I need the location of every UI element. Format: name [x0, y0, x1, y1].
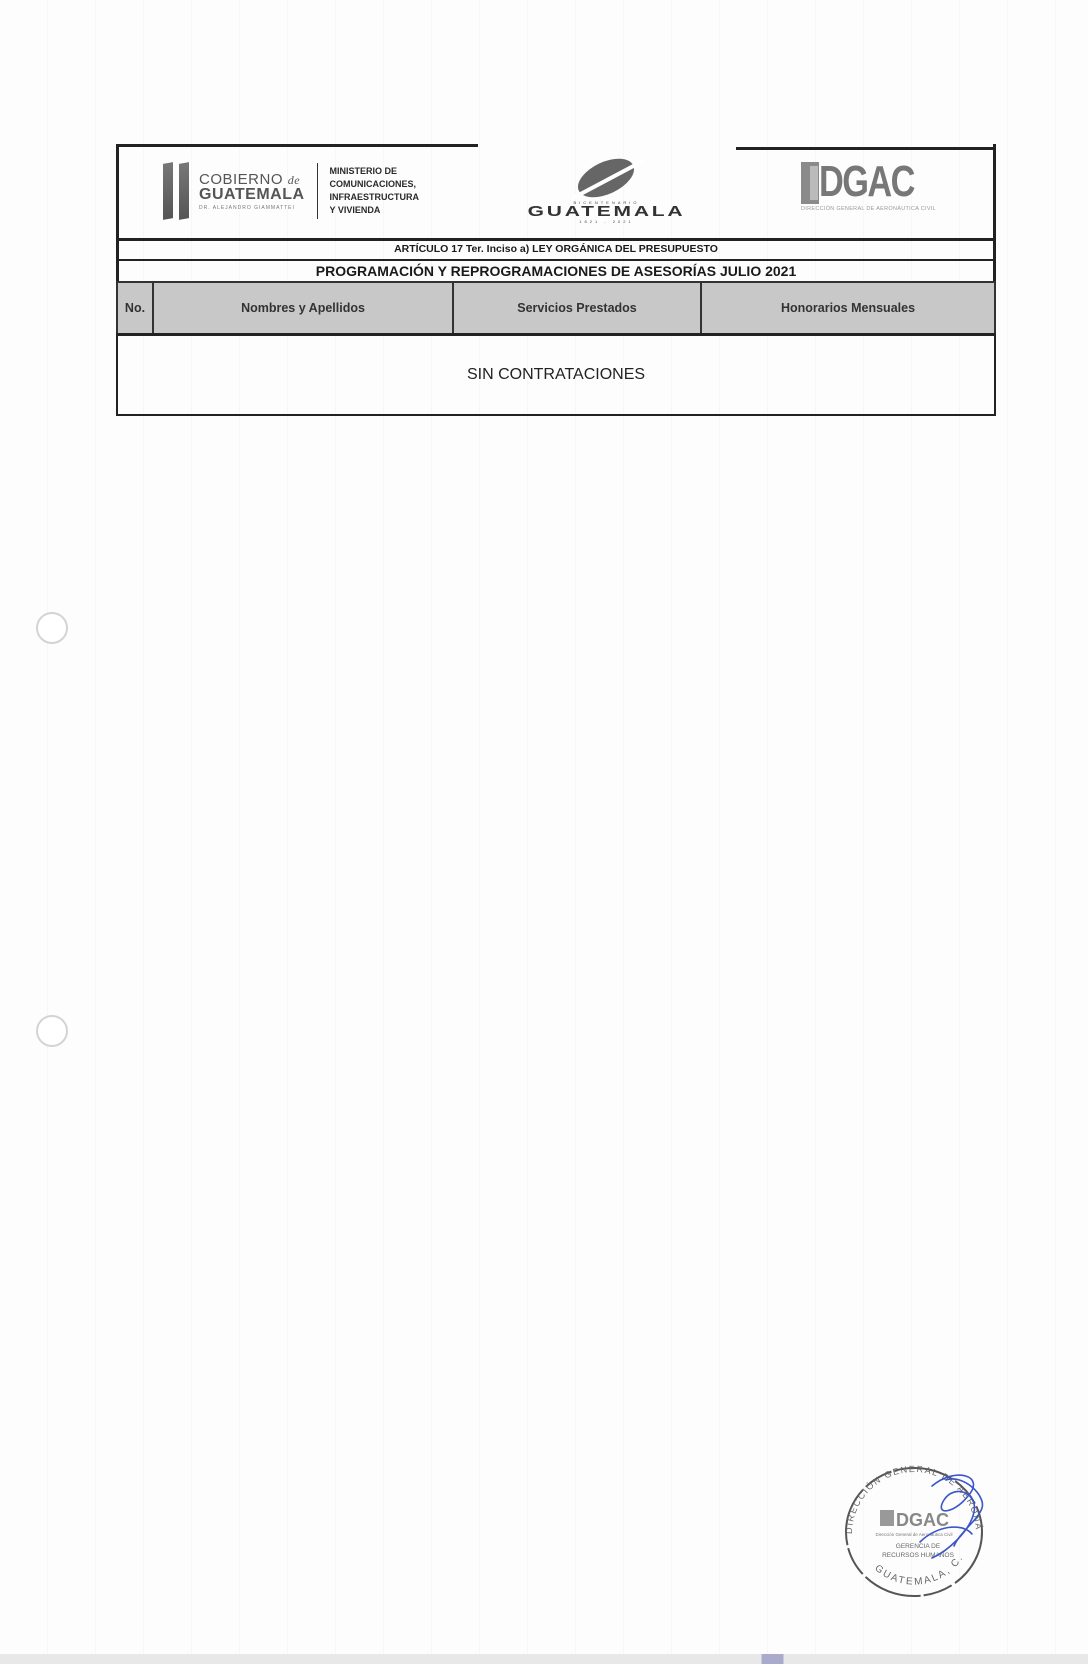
column-header-no: No.	[117, 282, 153, 335]
seal-stamp-icon: DIRECCIÓN GENERAL DE AERONÁUTICA CIVIL G…	[836, 1456, 992, 1602]
gobierno-president: DR. ALEJANDRO GIAMMATTEI	[199, 206, 305, 211]
empty-state-message: SIN CONTRATACIONES	[117, 335, 995, 416]
letterhead: COBIERNO de GUATEMALA DR. ALEJANDRO GIAM…	[116, 144, 996, 238]
gobierno-bars-icon	[163, 163, 189, 219]
punch-hole	[36, 612, 68, 644]
document: COBIERNO de GUATEMALA DR. ALEJANDRO GIAM…	[116, 144, 996, 416]
article-reference: ARTÍCULO 17 Ter. Inciso a) LEY ORGÁNICA …	[116, 238, 996, 261]
gobierno-connector: de	[288, 173, 300, 187]
bicentenario-logo: BICENTENARIO GUATEMALA 1821 - 2021	[514, 156, 699, 228]
svg-text:GERENCIA DE: GERENCIA DE	[896, 1543, 941, 1550]
svg-text:DGAC: DGAC	[896, 1510, 949, 1530]
table-row: SIN CONTRATACIONES	[117, 335, 995, 416]
gobierno-logo: COBIERNO de GUATEMALA DR. ALEJANDRO GIAM…	[163, 158, 419, 224]
official-seal: DIRECCIÓN GENERAL DE AERONÁUTICA CIVIL G…	[836, 1456, 992, 1602]
column-header-nombres: Nombres y Apellidos	[153, 282, 453, 335]
dgac-logo: DGAC DIRECCIÓN GENERAL DE AERONÁUTICA CI…	[801, 160, 941, 222]
scan-edge	[0, 1654, 1088, 1664]
control-tower-icon	[801, 162, 819, 204]
gobierno-line2: GUATEMALA	[199, 187, 305, 203]
column-header-servicios: Servicios Prestados	[453, 282, 701, 335]
column-header-honorarios: Honorarios Mensuales	[701, 282, 995, 335]
page-title: PROGRAMACIÓN Y REPROGRAMACIONES DE ASESO…	[116, 261, 996, 281]
svg-text:Dirección General de Aeronáuti: Dirección General de Aeronáutica Civil	[875, 1532, 952, 1537]
bicentenario-swoosh-icon	[562, 156, 652, 200]
svg-text:RECURSOS HUMANOS: RECURSOS HUMANOS	[882, 1552, 955, 1559]
ministerio-name: MINISTERIO DE COMUNICACIONES, INFRAESTRU…	[330, 165, 420, 217]
gobierno-line1: COBIERNO	[199, 171, 283, 188]
asesorias-table: No. Nombres y Apellidos Servicios Presta…	[116, 281, 996, 416]
divider	[317, 163, 318, 219]
table-header-row: No. Nombres y Apellidos Servicios Presta…	[117, 282, 995, 335]
punch-hole	[36, 1015, 68, 1047]
